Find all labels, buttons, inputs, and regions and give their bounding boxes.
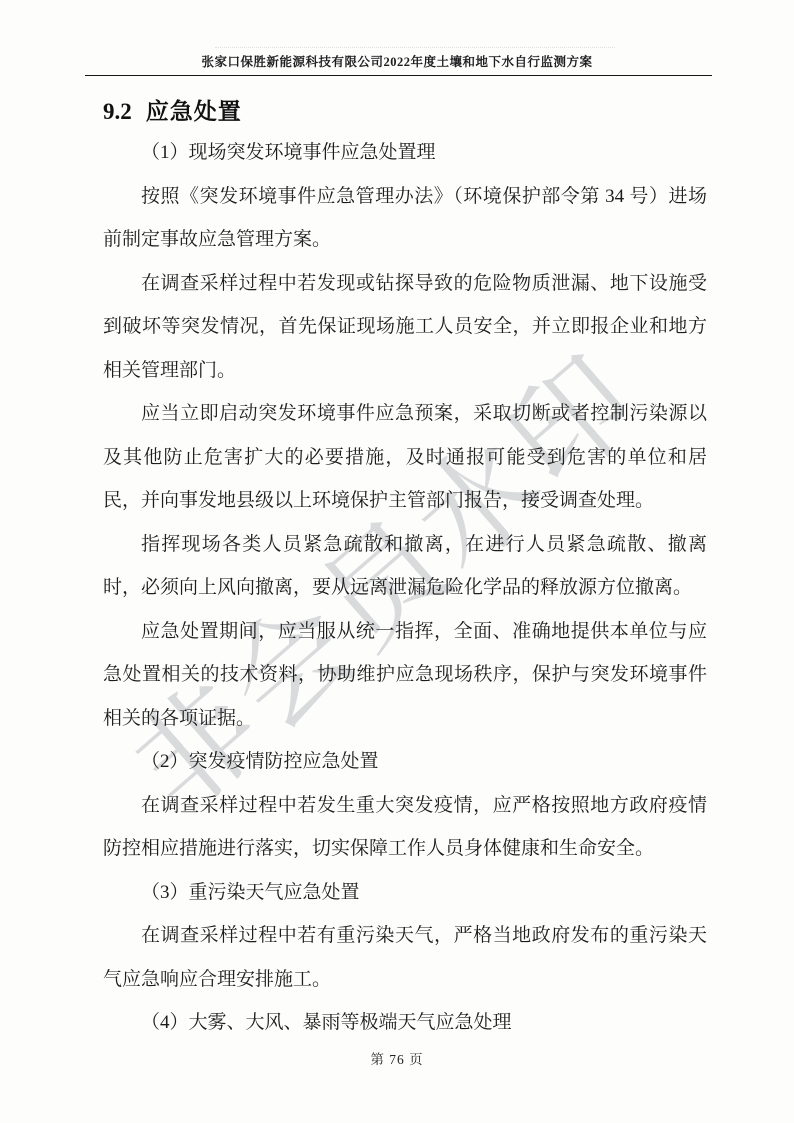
paragraph-body: 按照《突发环境事件应急管理办法》（环境保护部令第 34 号）进场前制定事故应急管… bbox=[103, 175, 707, 262]
section-title: 应急处置 bbox=[146, 98, 242, 124]
paragraph-body: 在调查采样过程中若有重污染天气，严格当地政府发布的重污染天气应急响应合理安排施工… bbox=[103, 914, 707, 1001]
paragraph-item-3-heading: （3）重污染天气应急处置 bbox=[103, 871, 707, 915]
header-divider bbox=[85, 75, 712, 76]
page-number: 第 76 页 bbox=[0, 1048, 794, 1068]
paragraph-body: 应急处置期间，应当服从统一指挥，全面、准确地提供本单位与应急处置相关的技术资料，… bbox=[103, 610, 707, 741]
paragraph-item-1-heading: （1）现场突发环境事件应急处置理 bbox=[103, 131, 707, 175]
paragraph-item-4-heading: （4）大雾、大风、暴雨等极端天气应急处理 bbox=[103, 1001, 707, 1045]
paragraph-body: 指挥现场各类人员紧急疏散和撤离，在进行人员紧急疏散、撤离时，必须向上风向撤离，要… bbox=[103, 523, 707, 610]
paragraph-body: 在调查采样过程中若发生重大突发疫情，应严格按照地方政府疫情防控相应措施进行落实，… bbox=[103, 784, 707, 871]
page-header-title: 张家口保胜新能源科技有限公司2022年度土壤和地下水自行监测方案 bbox=[0, 52, 794, 70]
paragraph-body: 应当立即启动突发环境事件应急预案，采取切断或者控制污染源以及其他防止危害扩大的必… bbox=[103, 392, 707, 523]
paragraph-item-2-heading: （2）突发疫情防控应急处置 bbox=[103, 740, 707, 784]
section-heading: 9.2应急处置 bbox=[103, 97, 707, 126]
document-body: 9.2应急处置 （1）现场突发环境事件应急处置理 按照《突发环境事件应急管理办法… bbox=[103, 97, 707, 1045]
document-page: 非会员水印 张家口保胜新能源科技有限公司2022年度土壤和地下水自行监测方案 9… bbox=[0, 0, 794, 1123]
section-number: 9.2 bbox=[103, 99, 132, 124]
paragraph-body: 在调查采样过程中若发现或钻探导致的危险物质泄漏、地下设施受到破坏等突发情况，首先… bbox=[103, 262, 707, 393]
